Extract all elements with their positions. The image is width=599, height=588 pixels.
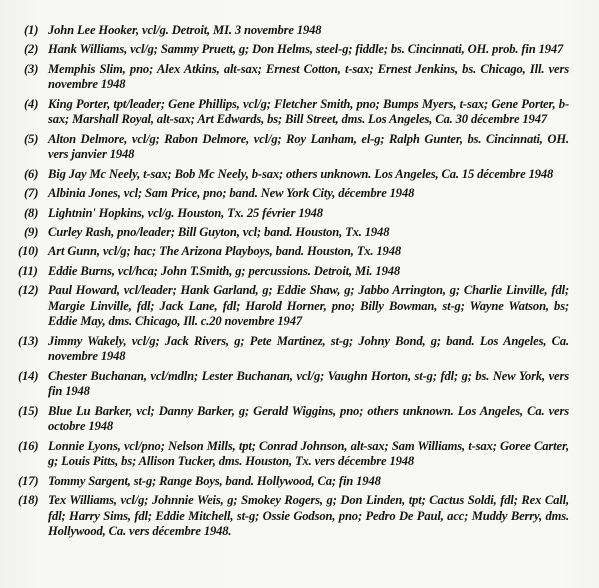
entry-number: (16)	[18, 439, 48, 455]
session-entry-10: (10)Art Gunn, vcl/g; hac; The Arizona Pl…	[24, 244, 569, 260]
session-entry-15: (15)Blue Lu Barker, vcl; Danny Barker, g…	[24, 404, 569, 435]
entry-number: (6)	[24, 167, 48, 183]
entry-text: Memphis Slim, pno; Alex Atkins, alt-sax;…	[48, 62, 569, 93]
session-entry-8: (8)Lightnin' Hopkins, vcl/g. Houston, Tx…	[24, 206, 569, 222]
session-entry-12: (12)Paul Howard, vcl/leader; Hank Garlan…	[24, 283, 569, 330]
entry-text: Blue Lu Barker, vcl; Danny Barker, g; Ge…	[48, 404, 569, 435]
entry-number: (1)	[24, 23, 48, 39]
entry-text: King Porter, tpt/leader; Gene Phillips, …	[48, 97, 569, 128]
entry-text: John Lee Hooker, vcl/g. Detroit, MI. 3 n…	[48, 23, 569, 39]
session-entry-3: (3)Memphis Slim, pno; Alex Atkins, alt-s…	[24, 62, 569, 93]
entry-text: Albinia Jones, vcl; Sam Price, pno; band…	[48, 186, 569, 202]
entry-text: Chester Buchanan, vcl/mdln; Lester Bucha…	[48, 369, 569, 400]
entry-number: (3)	[24, 62, 48, 78]
entry-number: (13)	[18, 334, 48, 350]
entry-number: (4)	[24, 97, 48, 113]
entry-text: Alton Delmore, vcl/g; Rabon Delmore, vcl…	[48, 132, 569, 163]
entry-text: Art Gunn, vcl/g; hac; The Arizona Playbo…	[48, 244, 569, 260]
entry-text: Eddie Burns, vcl/hca; John T.Smith, g; p…	[48, 264, 569, 280]
session-entry-11: (11)Eddie Burns, vcl/hca; John T.Smith, …	[24, 264, 569, 280]
session-list: (1)John Lee Hooker, vcl/g. Detroit, MI. …	[24, 23, 569, 544]
entry-number: (11)	[18, 264, 48, 280]
entry-number: (10)	[18, 244, 48, 260]
session-entry-1: (1)John Lee Hooker, vcl/g. Detroit, MI. …	[24, 23, 569, 39]
session-entry-9: (9)Curley Rash, pno/leader; Bill Guyton,…	[24, 225, 569, 241]
session-entry-14: (14)Chester Buchanan, vcl/mdln; Lester B…	[24, 369, 569, 400]
session-entry-6: (6)Big Jay Mc Neely, t-sax; Bob Mc Neely…	[24, 167, 569, 183]
entry-text: Tommy Sargent, st-g; Range Boys, band. H…	[48, 474, 569, 490]
entry-number: (18)	[18, 493, 48, 509]
session-entry-5: (5)Alton Delmore, vcl/g; Rabon Delmore, …	[24, 132, 569, 163]
entry-number: (2)	[24, 42, 48, 58]
session-entry-17: (17)Tommy Sargent, st-g; Range Boys, ban…	[24, 474, 569, 490]
entry-number: (17)	[18, 474, 48, 490]
entry-number: (14)	[18, 369, 48, 385]
entry-number: (15)	[18, 404, 48, 420]
entry-text: Lonnie Lyons, vcl/pno; Nelson Mills, tpt…	[48, 439, 569, 470]
entry-number: (9)	[24, 225, 48, 241]
entry-text: Big Jay Mc Neely, t-sax; Bob Mc Neely, b…	[48, 167, 569, 183]
entry-text: Lightnin' Hopkins, vcl/g. Houston, Tx. 2…	[48, 206, 569, 222]
entry-text: Hank Williams, vcl/g; Sammy Pruett, g; D…	[48, 42, 569, 58]
session-entry-16: (16)Lonnie Lyons, vcl/pno; Nelson Mills,…	[24, 439, 569, 470]
discography-page: (1)John Lee Hooker, vcl/g. Detroit, MI. …	[0, 0, 599, 588]
entry-number: (7)	[24, 186, 48, 202]
entry-text: Tex Williams, vcl/g; Johnnie Weis, g; Sm…	[48, 493, 569, 540]
entry-number: (8)	[24, 206, 48, 222]
session-entry-18: (18)Tex Williams, vcl/g; Johnnie Weis, g…	[24, 493, 569, 540]
session-entry-4: (4)King Porter, tpt/leader; Gene Phillip…	[24, 97, 569, 128]
session-entry-2: (2)Hank Williams, vcl/g; Sammy Pruett, g…	[24, 42, 569, 58]
entry-number: (5)	[24, 132, 48, 148]
session-entry-7: (7)Albinia Jones, vcl; Sam Price, pno; b…	[24, 186, 569, 202]
entry-text: Curley Rash, pno/leader; Bill Guyton, vc…	[48, 225, 569, 241]
session-entry-13: (13)Jimmy Wakely, vcl/g; Jack Rivers, g;…	[24, 334, 569, 365]
entry-text: Jimmy Wakely, vcl/g; Jack Rivers, g; Pet…	[48, 334, 569, 365]
entry-number: (12)	[18, 283, 48, 299]
entry-text: Paul Howard, vcl/leader; Hank Garland, g…	[48, 283, 569, 330]
